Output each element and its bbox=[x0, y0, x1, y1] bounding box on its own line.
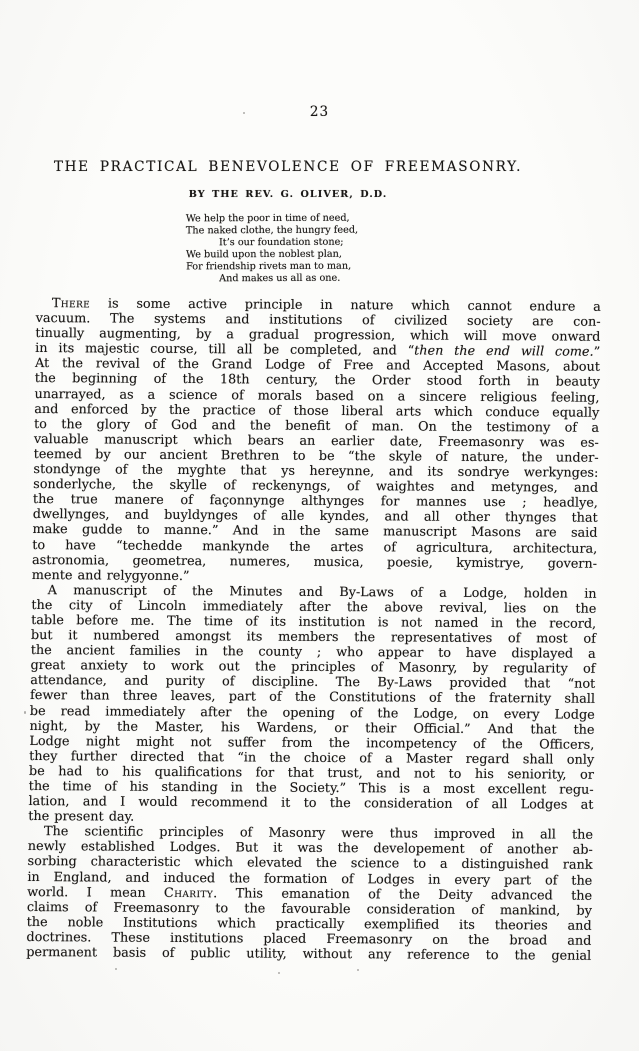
scanned-book-page: 23 THE PRACTICAL BENEVOLENCE OF FREEMASO… bbox=[0, 0, 639, 1051]
epigraph-line: We help the poor in time of need, bbox=[186, 213, 358, 226]
scan-speck bbox=[357, 969, 359, 971]
text-line: permanent basis of public utility, witho… bbox=[26, 945, 591, 964]
body-paragraph: There is some active principle in nature… bbox=[32, 296, 601, 587]
epigraph-line: The naked clothe, the hungry feed, bbox=[186, 225, 358, 238]
epigraph: We help the poor in time of need,The nak… bbox=[186, 213, 358, 285]
article-title: THE PRACTICAL BENEVOLENCE OF FREEMASONRY… bbox=[22, 159, 554, 175]
epigraph-line: We build upon the noblest plan, bbox=[186, 248, 358, 261]
page-number: 23 bbox=[0, 104, 639, 120]
article-header: THE PRACTICAL BENEVOLENCE OF FREEMASONRY… bbox=[22, 159, 554, 200]
article-byline: BY THE REV. G. OLIVER, D.D. bbox=[22, 189, 554, 200]
scan-speck bbox=[243, 112, 245, 114]
scan-speck bbox=[278, 972, 280, 974]
epigraph-line: For friendship rivets man to man, bbox=[186, 260, 358, 273]
scan-speck bbox=[115, 968, 117, 970]
scan-speck bbox=[24, 711, 26, 714]
epigraph-line: And makes us all as one. bbox=[186, 272, 358, 285]
page-body: There is some active principle in nature… bbox=[26, 296, 601, 964]
epigraph-line: It’s our foundation stone; bbox=[186, 236, 358, 249]
body-paragraph: A manuscript of the Minutes and By-Laws … bbox=[28, 583, 597, 828]
body-paragraph: The scientific principles of Masonry wer… bbox=[26, 824, 593, 964]
